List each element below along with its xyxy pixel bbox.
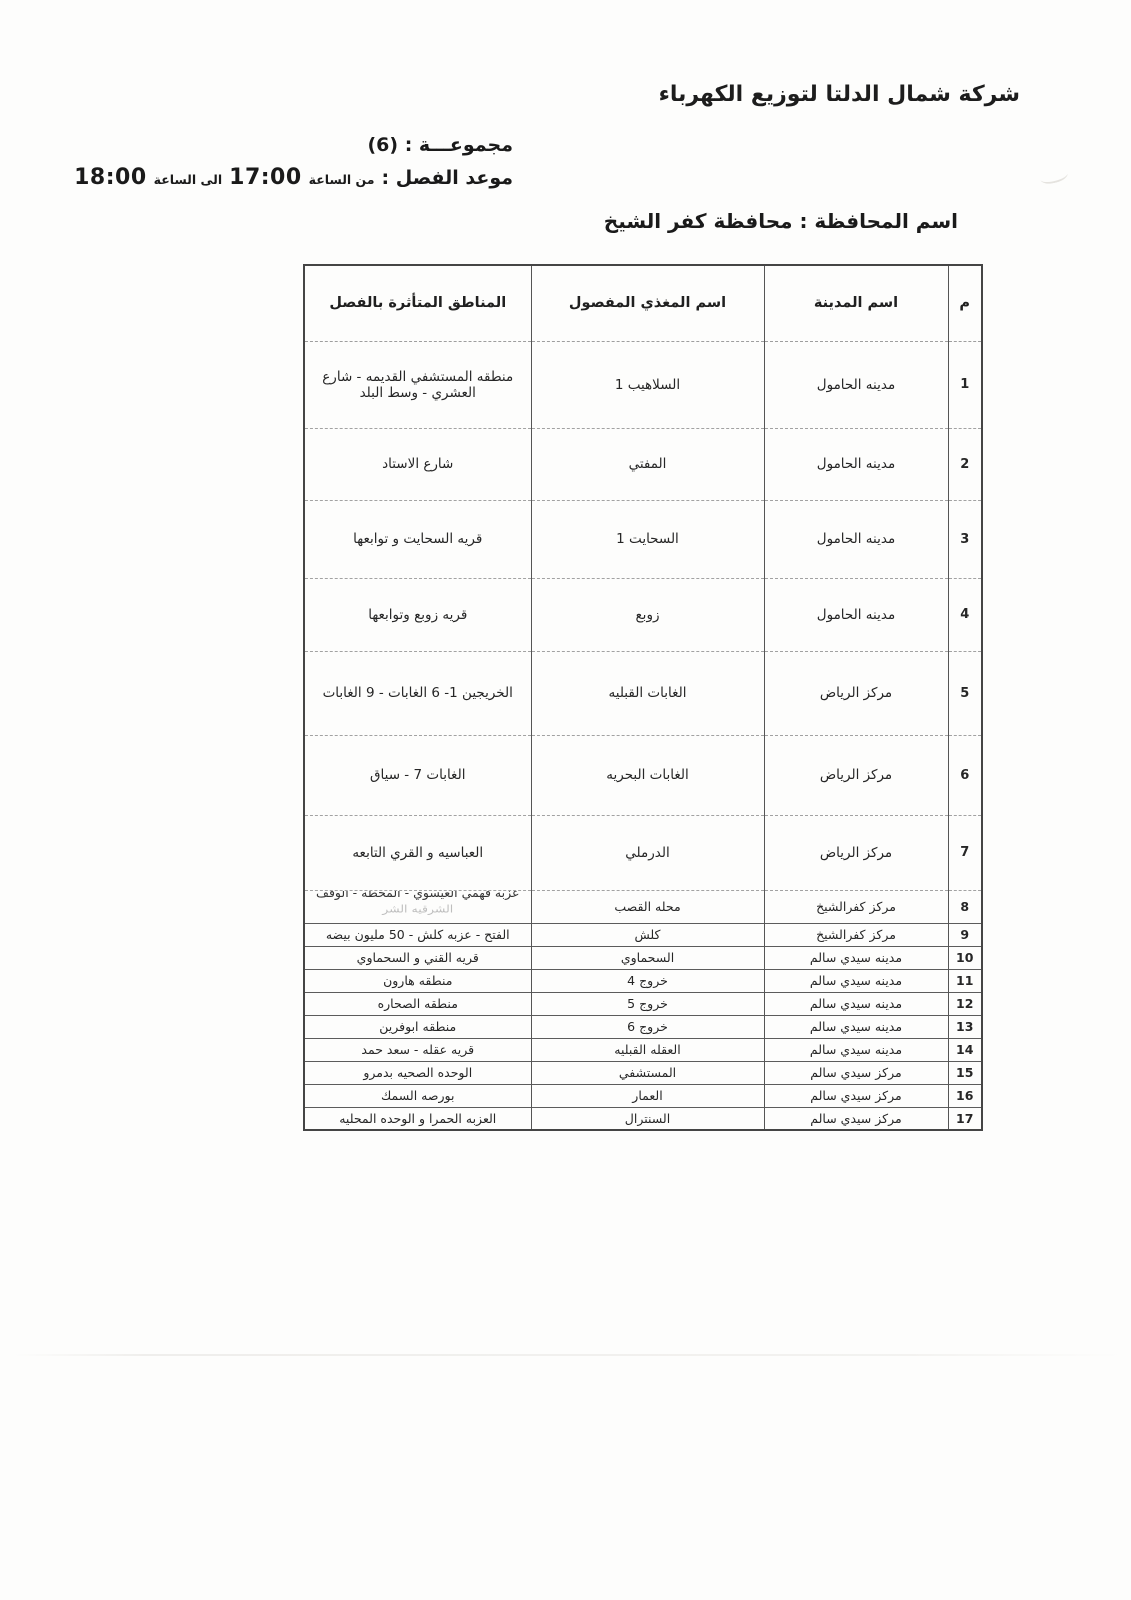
scanned-document-page: شركة شمال الدلتا لتوزيع الكهرباء مجموعــ… <box>0 0 1131 1600</box>
cell-feeder-name: زوبع <box>531 578 764 651</box>
cell-affected-areas: شارع الاستاد <box>304 428 531 500</box>
cell-affected-areas: عزبه فهمي العيسوي - المحطه - الوقفالشرقي… <box>304 890 531 923</box>
table-row: 12مدينه سيدي سالمخروج 5منطقه الصحاره <box>304 992 982 1015</box>
cell-city-name: مدينه الحامول <box>764 428 948 500</box>
cell-city-name: مدينه سيدي سالم <box>764 1038 948 1061</box>
cell-feeder-name: الغابات البحريه <box>531 735 764 815</box>
cell-feeder-name: السحايت 1 <box>531 500 764 578</box>
outage-schedule-table: م اسم المدينة اسم المغذي المفصول المناطق… <box>303 264 983 1131</box>
cell-feeder-name: العقله القبليه <box>531 1038 764 1061</box>
table-row: 3مدينه الحامولالسحايت 1قريه السحايت و تو… <box>304 500 982 578</box>
cell-row-number: 5 <box>948 651 982 735</box>
table-row: 4مدينه الحامولزوبعقريه زوبع وتوابعها <box>304 578 982 651</box>
cell-city-name: مدينه سيدي سالم <box>764 992 948 1015</box>
cell-feeder-name: العمار <box>531 1084 764 1107</box>
table-row: 15مركز سيدي سالمالمستشفيالوحده الصحيه بد… <box>304 1061 982 1084</box>
cell-affected-areas: الوحده الصحيه بدمرو <box>304 1061 531 1084</box>
cell-affected-areas: قريه زوبع وتوابعها <box>304 578 531 651</box>
outage-to-time: 18:00 <box>74 165 147 190</box>
cell-feeder-name: السنترال <box>531 1107 764 1130</box>
header-city-name: اسم المدينة <box>764 265 948 341</box>
cell-feeder-name: خروج 6 <box>531 1015 764 1038</box>
table-row: 16مركز سيدي سالمالعماربورصه السمك <box>304 1084 982 1107</box>
outage-from-label: من الساعة <box>309 172 375 187</box>
header-row-number: م <box>948 265 982 341</box>
cell-affected-areas: قريه عقله - سعد حمد <box>304 1038 531 1061</box>
cell-city-name: مدينه الحامول <box>764 578 948 651</box>
cell-feeder-name: خروج 5 <box>531 992 764 1015</box>
cell-city-name: مركز سيدي سالم <box>764 1084 948 1107</box>
cell-row-number: 6 <box>948 735 982 815</box>
cell-city-name: مدينه الحامول <box>764 341 948 428</box>
outage-schedule-line: موعد الفصل : من الساعة 17:00 الى الساعة … <box>74 165 513 190</box>
group-line: مجموعـــة : (6) <box>367 134 513 156</box>
outage-to-label: الى الساعة <box>154 172 223 187</box>
table-row: 5مركز الرياضالغابات القبليهالخريجين 1- 6… <box>304 651 982 735</box>
cell-row-number: 15 <box>948 1061 982 1084</box>
cell-row-number: 13 <box>948 1015 982 1038</box>
table-row: 8مركز كفرالشيخمحله القصبعزبه فهمي العيسو… <box>304 890 982 923</box>
scan-artifact-line <box>14 1354 1123 1356</box>
cell-feeder-name: الغابات القبليه <box>531 651 764 735</box>
table-row: 6مركز الرياضالغابات البحريهالغابات 7 - س… <box>304 735 982 815</box>
cell-affected-areas: منطقه المستشفي القديمه - شارع العشري - و… <box>304 341 531 428</box>
cell-city-name: مركز سيدي سالم <box>764 1061 948 1084</box>
cell-city-name: مركز الرياض <box>764 815 948 890</box>
table-row: 9مركز كفرالشيخكلشالفتح - عزبه كلش - 50 م… <box>304 923 982 946</box>
cell-row-number: 1 <box>948 341 982 428</box>
affected-areas-line1: عزبه فهمي العيسوي - المحطه - الوقف <box>313 890 523 901</box>
cell-row-number: 8 <box>948 890 982 923</box>
cell-city-name: مدينه سيدي سالم <box>764 1015 948 1038</box>
table-row: 17مركز سيدي سالمالسنترالالعزبه الحمرا و … <box>304 1107 982 1130</box>
header-affected-areas: المناطق المتأثرة بالفصل <box>304 265 531 341</box>
cell-affected-areas: العزبه الحمرا و الوحده المحليه <box>304 1107 531 1130</box>
cell-city-name: مركز كفرالشيخ <box>764 890 948 923</box>
group-label: مجموعـــة : <box>405 134 513 156</box>
cell-row-number: 11 <box>948 969 982 992</box>
cell-city-name: مركز الرياض <box>764 651 948 735</box>
outage-from-time: 17:00 <box>229 165 302 190</box>
cell-row-number: 12 <box>948 992 982 1015</box>
cell-city-name: مركز الرياض <box>764 735 948 815</box>
cell-row-number: 16 <box>948 1084 982 1107</box>
cell-feeder-name: خروج 4 <box>531 969 764 992</box>
cell-affected-areas: منطقه ابوفرين <box>304 1015 531 1038</box>
group-number: (6) <box>367 134 398 156</box>
cell-affected-areas: قريه السحايت و توابعها <box>304 500 531 578</box>
cell-affected-areas: الغابات 7 - سياق <box>304 735 531 815</box>
cell-affected-areas: بورصه السمك <box>304 1084 531 1107</box>
cell-affected-areas: منطقه هارون <box>304 969 531 992</box>
table-row: 13مدينه سيدي سالمخروج 6منطقه ابوفرين <box>304 1015 982 1038</box>
cell-affected-areas: العباسيه و القري التابعه <box>304 815 531 890</box>
cell-row-number: 7 <box>948 815 982 890</box>
cell-city-name: مدينه سيدي سالم <box>764 946 948 969</box>
table-row: 2مدينه الحامولالمفتيشارع الاستاد <box>304 428 982 500</box>
cell-feeder-name: المستشفي <box>531 1061 764 1084</box>
cell-city-name: مدينه سيدي سالم <box>764 969 948 992</box>
cell-city-name: مركز سيدي سالم <box>764 1107 948 1130</box>
table-row: 7مركز الرياضالدرمليالعباسيه و القري التا… <box>304 815 982 890</box>
cell-row-number: 10 <box>948 946 982 969</box>
scan-artifact-mark <box>1039 167 1069 186</box>
cell-row-number: 2 <box>948 428 982 500</box>
cell-feeder-name: السحماوي <box>531 946 764 969</box>
clipped-text-wrap: عزبه فهمي العيسوي - المحطه - الوقفالشرقي… <box>313 890 523 923</box>
cell-row-number: 17 <box>948 1107 982 1130</box>
cell-feeder-name: السلاهيب 1 <box>531 341 764 428</box>
cell-affected-areas: الخريجين 1- 6 الغابات - 9 الغابات <box>304 651 531 735</box>
table-row: 14مدينه سيدي سالمالعقله القبليهقريه عقله… <box>304 1038 982 1061</box>
cell-affected-areas: منطقه الصحاره <box>304 992 531 1015</box>
table-body: 1مدينه الحامولالسلاهيب 1منطقه المستشفي ا… <box>304 341 982 1130</box>
table-row: 10مدينه سيدي سالمالسحماويقريه القني و ال… <box>304 946 982 969</box>
cell-row-number: 14 <box>948 1038 982 1061</box>
cell-feeder-name: الدرملي <box>531 815 764 890</box>
cell-city-name: مركز كفرالشيخ <box>764 923 948 946</box>
cell-feeder-name: المفتي <box>531 428 764 500</box>
cell-affected-areas: قريه القني و السحماوي <box>304 946 531 969</box>
cell-affected-areas: الفتح - عزبه كلش - 50 مليون بيضه <box>304 923 531 946</box>
cell-city-name: مدينه الحامول <box>764 500 948 578</box>
cell-row-number: 9 <box>948 923 982 946</box>
governorate-title: اسم المحافظة : محافظة كفر الشيخ <box>604 209 958 233</box>
cell-row-number: 4 <box>948 578 982 651</box>
outage-label: موعد الفصل : <box>382 167 513 189</box>
table-header-row: م اسم المدينة اسم المغذي المفصول المناطق… <box>304 265 982 341</box>
company-title: شركة شمال الدلتا لتوزيع الكهرباء <box>659 82 1020 107</box>
cell-row-number: 3 <box>948 500 982 578</box>
affected-areas-line2-faded: الشرقيه الشر <box>313 902 523 916</box>
cell-feeder-name: كلش <box>531 923 764 946</box>
table-row: 1مدينه الحامولالسلاهيب 1منطقه المستشفي ا… <box>304 341 982 428</box>
cell-feeder-name: محله القصب <box>531 890 764 923</box>
header-feeder-name: اسم المغذي المفصول <box>531 265 764 341</box>
table-row: 11مدينه سيدي سالمخروج 4منطقه هارون <box>304 969 982 992</box>
